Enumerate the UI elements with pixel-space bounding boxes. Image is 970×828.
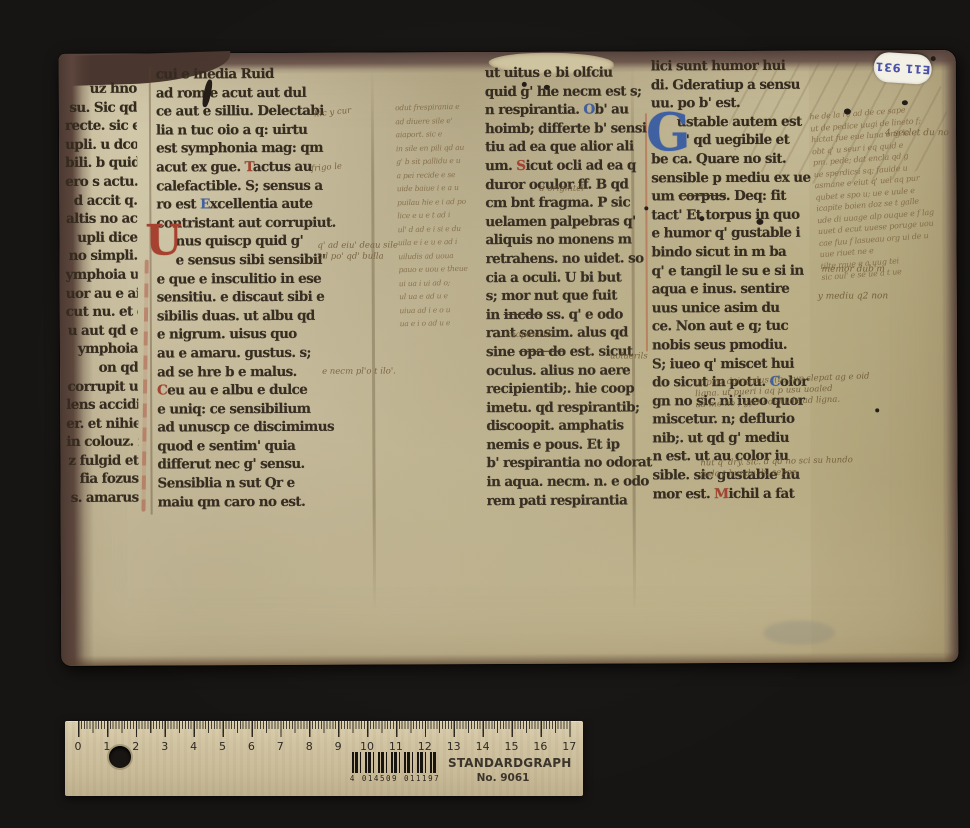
ruler-number: 17 bbox=[562, 740, 576, 753]
text-line: hoimb; differte b' sensi bbox=[485, 119, 655, 138]
text-line: q' ad eiu' deau sile bbox=[317, 240, 398, 251]
text-line: recipientib;. hie coop bbox=[486, 379, 656, 398]
text-line: nemis e pous. Et ip bbox=[486, 435, 656, 454]
ink-speck bbox=[902, 100, 908, 105]
text-line: um. Sicut ocli ad ea q bbox=[485, 156, 655, 175]
crease-line bbox=[371, 71, 376, 611]
text-line: ymphoia bbox=[66, 340, 138, 359]
text-line: Ceu au e albu e dulce bbox=[157, 381, 357, 400]
ink-speck bbox=[844, 109, 851, 115]
ruler-hole bbox=[109, 746, 131, 768]
text-line: on qd bbox=[66, 359, 138, 378]
ruler-number: 13 bbox=[447, 740, 461, 753]
text-line: ero s actu. bbox=[65, 173, 137, 192]
manuscript-leaf: uz hnosu. Sic qdrecte. sic eupli. u dcob… bbox=[59, 50, 959, 666]
decorated-initial-G: G bbox=[646, 107, 691, 159]
text-line: maiu qm caro no est. bbox=[158, 492, 358, 511]
ruler-number: 3 bbox=[161, 740, 168, 753]
decorated-initial-U: U bbox=[145, 219, 182, 261]
ruler-number: 9 bbox=[335, 740, 342, 753]
text-line: lici sunt humor hui bbox=[651, 57, 851, 76]
text-column-1: cui e inedia Ruidad rom e acut aut dulce… bbox=[156, 65, 358, 512]
shelfmark-label: E11 931 bbox=[875, 59, 931, 77]
ink-speck bbox=[522, 82, 527, 87]
ruler-cm-ticks bbox=[78, 721, 571, 737]
text-line: tiu ad ea que alior ali bbox=[485, 138, 655, 157]
text-line: recte. sic e bbox=[65, 117, 137, 136]
text-line: sensitiu. e discaut sibi e bbox=[157, 288, 357, 307]
text-line: upli dice bbox=[65, 228, 137, 247]
interlinear-note: uoluerils bbox=[610, 351, 648, 362]
text-line: ad po' qd' bulla bbox=[318, 251, 399, 262]
ruler-number: 2 bbox=[132, 740, 139, 753]
text-line: aliquis no monens m bbox=[485, 231, 655, 250]
text-line: e uniq: ce sensibilium bbox=[157, 399, 357, 418]
text-line: b' respirantia no odorat bbox=[486, 454, 656, 473]
text-line: sibilis duas. ut albu qd bbox=[157, 306, 357, 325]
ink-speck bbox=[756, 219, 763, 225]
column-ruling-line bbox=[149, 67, 152, 515]
ruler-number: 6 bbox=[248, 740, 255, 753]
barcode-digits: 4 014509 011197 bbox=[345, 774, 445, 783]
text-line: cui e inedia Ruid bbox=[156, 65, 356, 84]
text-line: in incdo ss. q' e odo bbox=[486, 305, 656, 324]
ink-speck bbox=[875, 408, 879, 412]
text-line: bili. b quid bbox=[65, 154, 137, 173]
text-line: cm bnt fragma. P sic bbox=[485, 194, 655, 213]
ruler-number: 5 bbox=[219, 740, 226, 753]
text-line: calefactible. S; sensus a bbox=[156, 176, 356, 195]
margin-note: d origmtel bbox=[539, 184, 584, 195]
text-line: altis no ac bbox=[65, 210, 137, 229]
margin-note: 4 seclet du no bbox=[885, 128, 949, 139]
text-line: no simpli. bbox=[66, 247, 138, 266]
ruler-tick-scale bbox=[78, 721, 572, 739]
text-line: lens accidi bbox=[66, 396, 138, 415]
text-line: quid g' hie necm est s; bbox=[485, 82, 655, 101]
text-line: ymphoia uo bbox=[66, 266, 138, 285]
ruler-number: 14 bbox=[476, 740, 490, 753]
shelfmark-sticker: E11 931 bbox=[873, 51, 933, 85]
ruler-number: 7 bbox=[277, 740, 284, 753]
ink-speck bbox=[644, 206, 648, 210]
margin-note: y mediu q2 non bbox=[818, 291, 889, 302]
ink-speck bbox=[931, 56, 936, 61]
ruler-number: 15 bbox=[505, 740, 519, 753]
ruler-brand: STANDARDGRAPH bbox=[448, 756, 558, 770]
text-line: in aqua. necm. n. e odo bbox=[487, 472, 657, 491]
text-line: upli. u dco bbox=[65, 135, 137, 154]
text-line: retrahens. no uidet. so bbox=[486, 249, 656, 268]
ruler-scale-numbers: 01234567891011121314151617 bbox=[78, 740, 572, 756]
text-line: e nigrum. uisus quo bbox=[157, 325, 357, 344]
text-line: e que e insculitio in ese bbox=[157, 269, 357, 288]
text-line: in colouz. in bbox=[66, 433, 138, 452]
text-line: ce. Non aut e q; tuc bbox=[652, 317, 852, 336]
margin-note: ut ploz doing dus. (b; sup slepat ag e o… bbox=[695, 371, 871, 411]
text-line: ut uitus e bi olfciu bbox=[485, 63, 655, 82]
text-line: lia n tuc oio a q: uirtu bbox=[156, 120, 356, 139]
text-line: au e amaru. gustus. s; bbox=[157, 344, 357, 363]
text-column-2: ut uitus e bi olfciuquid g' hie necm est… bbox=[485, 63, 657, 510]
text-line: u aut qd e bbox=[66, 321, 138, 340]
text-line: ua e i o ad u e bbox=[400, 315, 490, 330]
text-column-left-clipped: uz hnosu. Sic qdrecte. sic eupli. u dcob… bbox=[65, 80, 139, 512]
interlinear-note: coopmetu9 bbox=[506, 330, 554, 341]
ruler-number: 8 bbox=[306, 740, 313, 753]
text-line: oculus. alius no aere bbox=[486, 361, 656, 380]
text-line: ad rom e acut aut dul bbox=[156, 83, 356, 102]
text-line: di. Gderatiup a sensu bbox=[651, 75, 851, 94]
barcode bbox=[352, 752, 438, 773]
margin-note: memor dub'm bbox=[822, 264, 885, 275]
ruler: 01234567891011121314151617 4 014509 0111… bbox=[65, 721, 583, 796]
text-line: er. et nihier bbox=[66, 414, 138, 433]
ink-speck bbox=[544, 85, 550, 90]
leaf-edge-bottom bbox=[61, 652, 958, 666]
text-line: imetu. qd respirantib; bbox=[486, 398, 656, 417]
text-line: ad unuscp ce discimimus bbox=[157, 418, 357, 437]
text-line: ro est Excellentia aute bbox=[156, 195, 356, 214]
text-line: uz hno bbox=[65, 80, 137, 99]
text-line: nib;. ut qd g' mediu bbox=[652, 428, 852, 447]
margin-note: q' ad eiu' deau silead po' qd' bulla bbox=[317, 240, 398, 262]
text-line: Sensiblia n sut Qr e bbox=[158, 474, 358, 493]
text-line: discoopit. amphatis bbox=[486, 417, 656, 436]
initial-flourish bbox=[141, 260, 148, 512]
intercolumn-gloss: odut frespirania ead diuere sile e'aiapo… bbox=[395, 99, 490, 330]
text-line: quod e sentim' quia bbox=[157, 437, 357, 456]
text-line: fia fozus bbox=[66, 470, 138, 489]
text-line: est symphonia mag: qm bbox=[156, 139, 356, 158]
margin-note: e necm pl'o t ilo'. bbox=[322, 366, 396, 377]
text-line: S; iueo q' miscet hui bbox=[652, 354, 852, 373]
text-line: cut nu. et e bbox=[66, 303, 138, 322]
ruler-model: No. 9061 bbox=[448, 772, 558, 784]
text-line: uelamen palpebras q' bbox=[485, 212, 655, 231]
ruler-number: 0 bbox=[75, 740, 82, 753]
text-line: uor au e ai bbox=[66, 284, 138, 303]
photo-stage: uz hnosu. Sic qdrecte. sic eupli. u dcob… bbox=[0, 0, 970, 828]
text-line: n respirantia. Ob' au bbox=[485, 101, 655, 120]
text-line: s. amarus bbox=[67, 489, 139, 508]
text-line: cia a oculi. U bi but bbox=[486, 268, 656, 287]
text-line: differut nec g' sensu. bbox=[157, 455, 357, 474]
margin-note: nut q' dry. sic. d qd no sci su hundofud… bbox=[700, 455, 853, 480]
text-line: s; mor nut que fuit bbox=[486, 286, 656, 305]
text-line: miscetur. n; deflurio bbox=[652, 410, 852, 429]
text-line: z fulgid et bbox=[66, 451, 138, 470]
text-line: corrupit u bbox=[66, 377, 138, 396]
text-line: su. Sic qd bbox=[65, 98, 137, 117]
ruler-number: 4 bbox=[190, 740, 197, 753]
ruler-number: 16 bbox=[533, 740, 547, 753]
text-line: d accit q. bbox=[65, 191, 137, 210]
text-line: contristant aut corrupiut. bbox=[156, 213, 356, 232]
text-line: nobis seus pmodiu. bbox=[652, 335, 852, 354]
ink-speck bbox=[699, 216, 704, 221]
text-line: mor est. Michil a fat bbox=[653, 484, 853, 503]
text-line: rem pati respirantia bbox=[487, 491, 657, 510]
